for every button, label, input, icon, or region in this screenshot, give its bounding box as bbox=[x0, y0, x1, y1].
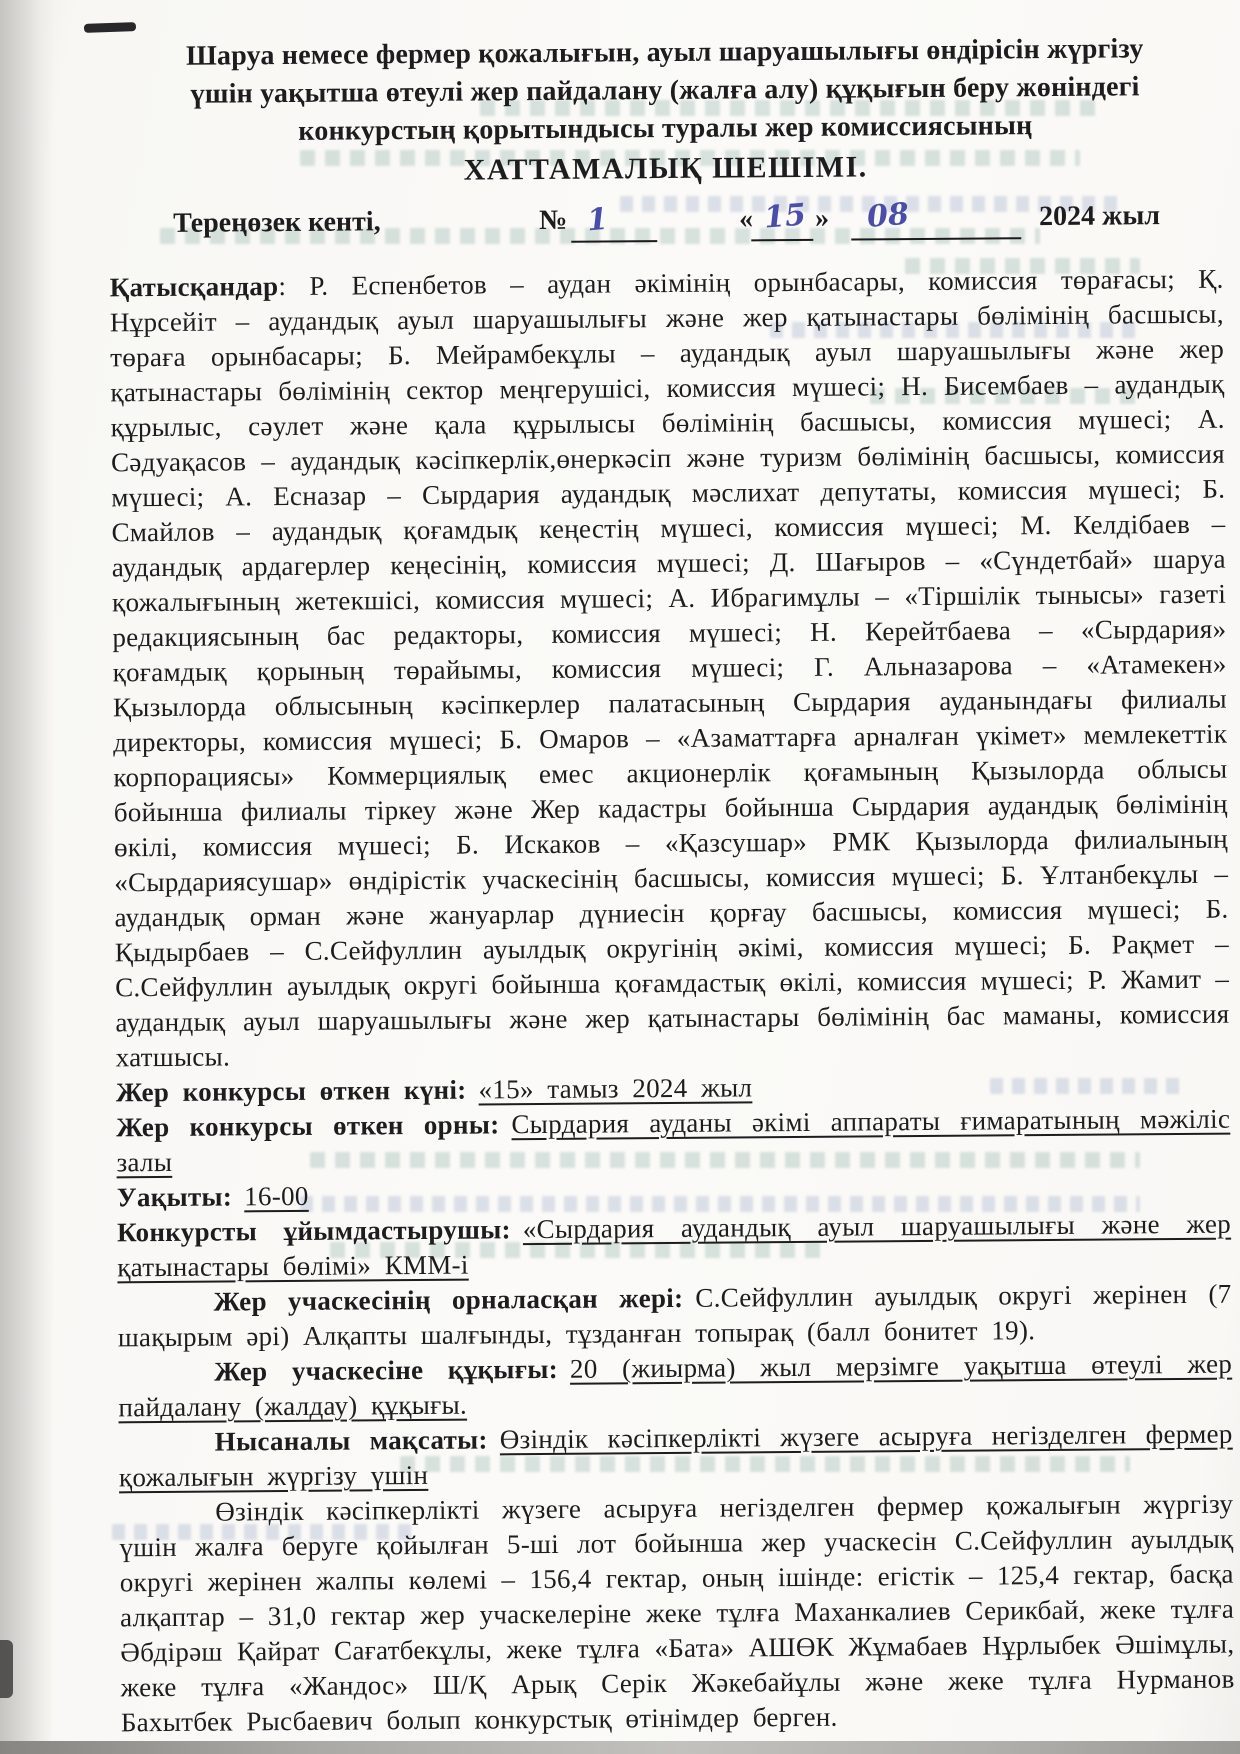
year-label: 2024 жыл bbox=[1039, 200, 1160, 233]
field-label: Нысаналы мақсаты: bbox=[215, 1424, 488, 1456]
day-blank-line bbox=[751, 239, 813, 241]
final-paragraph: Өзіндік кәсіпкерлікті жүзеге асыруға нег… bbox=[119, 1487, 1235, 1741]
scanned-document-page: Шаруа немесе фермер қожалығын, ауыл шару… bbox=[0, 0, 1240, 1754]
field-purpose: Нысаналы мақсаты:Өзіндік кәсіпкерлікті ж… bbox=[119, 1417, 1234, 1496]
document-title: Шаруа немесе фермер қожалығын, ауыл шару… bbox=[108, 30, 1223, 153]
field-label: Уақыты: bbox=[117, 1181, 233, 1212]
field-land-location: Жер учаскесінің орналасқан жері:С.Сейфул… bbox=[117, 1277, 1232, 1356]
pen-mark bbox=[84, 22, 136, 33]
field-label: Жер учаскесіне құқығы: bbox=[214, 1354, 558, 1387]
day-quote-open: « bbox=[739, 203, 753, 235]
place-label: Тереңөзек кенті, bbox=[173, 206, 381, 240]
participants-text: : Р. Еспенбетов – аудан әкімінің орынбас… bbox=[110, 264, 1230, 1073]
field-label: Жер учаскесінің орналасқан жері: bbox=[213, 1283, 683, 1317]
field-label: Жер конкурсы өткен күні: bbox=[116, 1075, 467, 1108]
participants-label: Қатысқандар bbox=[110, 271, 279, 302]
field-organizer: Конкурсты ұйымдастырушы:«Сырдария ауданд… bbox=[117, 1207, 1232, 1286]
handwritten-number: 1 bbox=[586, 202, 610, 239]
number-blank-line bbox=[571, 240, 657, 243]
place-number-date-row: Тереңөзек кенті, № 1 « 15 » 08 2024 жыл bbox=[109, 196, 1223, 259]
participants-paragraph: Қатысқандар: Р. Еспенбетов – аудан әкімі… bbox=[109, 262, 1229, 1076]
field-land-right: Жер учаскесіне құқығы:20 (жиырма) жыл ме… bbox=[118, 1347, 1233, 1426]
month-blank-line bbox=[851, 237, 1021, 240]
field-value: 16-00 bbox=[244, 1181, 309, 1212]
scanner-bar-bottom bbox=[0, 1741, 1240, 1754]
handwritten-month: 08 bbox=[866, 197, 910, 235]
decision-heading: ХАТТАМАЛЫҚ ШЕШІМІ. bbox=[109, 148, 1223, 191]
day-quote-close: » bbox=[815, 203, 829, 235]
field-label: Жер конкурсы өткен орны: bbox=[116, 1109, 499, 1142]
scan-edge-shadow bbox=[0, 0, 54, 1754]
number-sign: № bbox=[539, 205, 567, 237]
scan-edge-blob bbox=[0, 1640, 13, 1698]
field-competition-place: Жер конкурсы өткен орны:Сырдария ауданы … bbox=[116, 1102, 1231, 1181]
handwritten-day: 15 bbox=[763, 198, 807, 236]
field-value: «15» тамыз 2024 жыл bbox=[478, 1072, 752, 1104]
document-content: Шаруа немесе фермер қожалығын, ауыл шару… bbox=[108, 30, 1235, 1741]
field-label: Конкурсты ұйымдастырушы: bbox=[117, 1214, 511, 1247]
